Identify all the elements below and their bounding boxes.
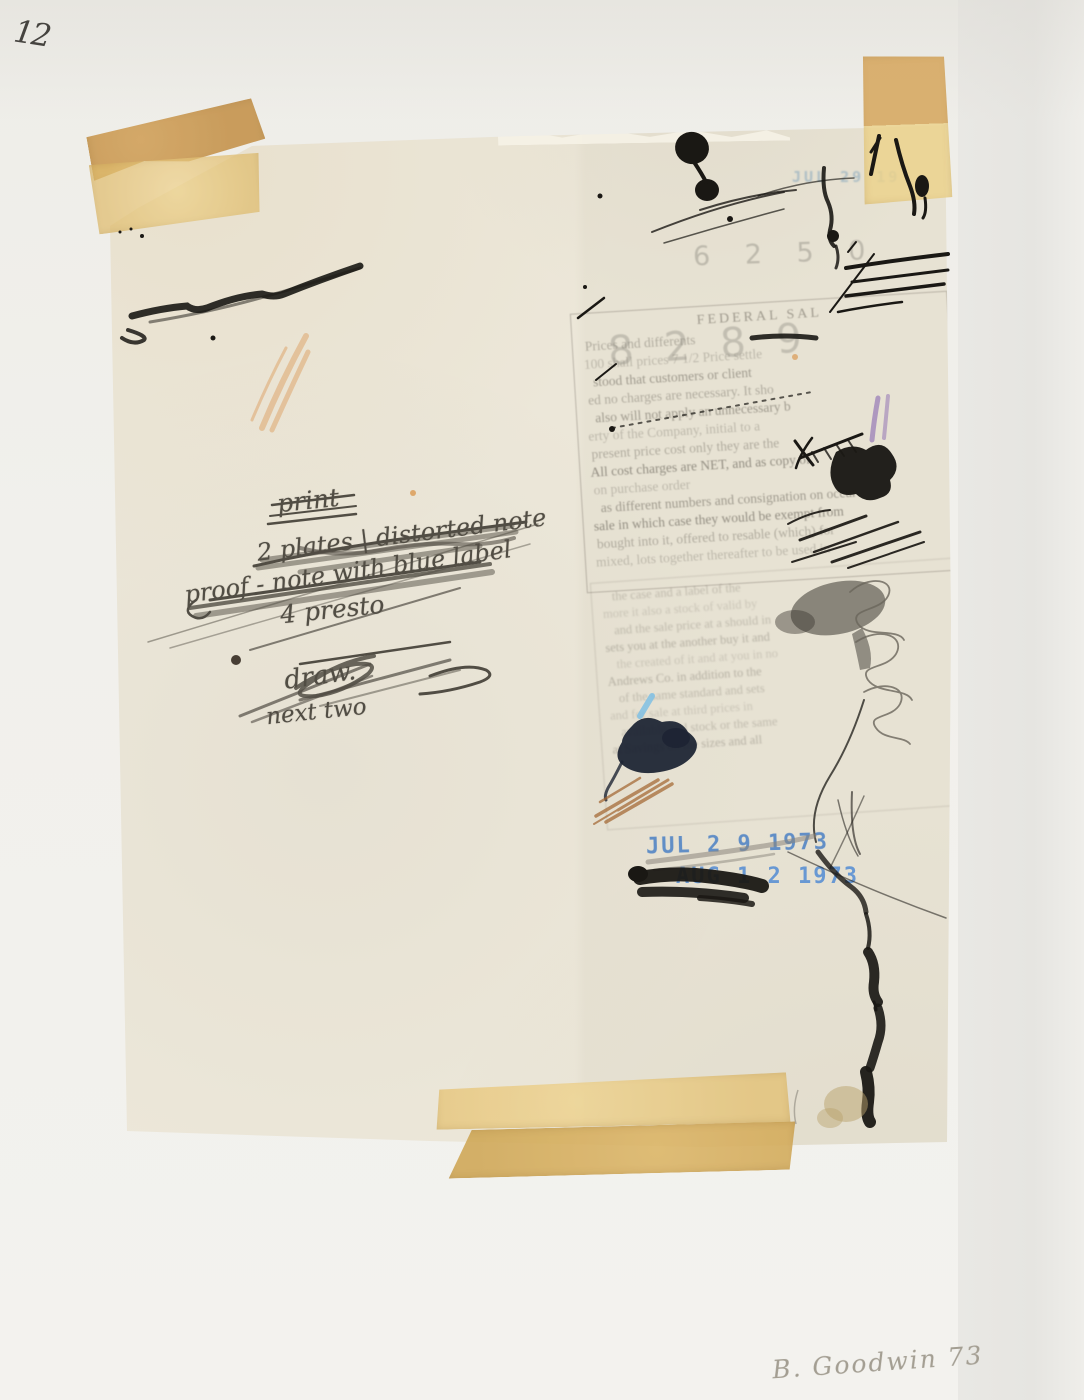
printed-text-block-b: the case and a label of themore it also …: [590, 558, 970, 831]
tape-top-right: [859, 54, 952, 205]
artwork-photo: 12 FEDERAL SAL Prices and differents100 …: [0, 0, 1084, 1400]
pencil-note-next-two: next two: [265, 694, 368, 730]
pencil-note-presto: 4 presto: [279, 590, 386, 630]
date-stamp-aug: AUG 1 2 1973: [676, 864, 859, 889]
board-right-edge: [958, 0, 1084, 1400]
pencil-note-print: print: [276, 483, 341, 518]
tape-bottom-lower: [447, 1121, 796, 1178]
page-number: 12: [11, 13, 52, 54]
pencil-note-draw: draw.: [282, 656, 357, 696]
date-stamp-jul: JUL 2 9 1973: [646, 830, 830, 860]
faint-number-top: 6 2 5 0: [693, 235, 879, 272]
